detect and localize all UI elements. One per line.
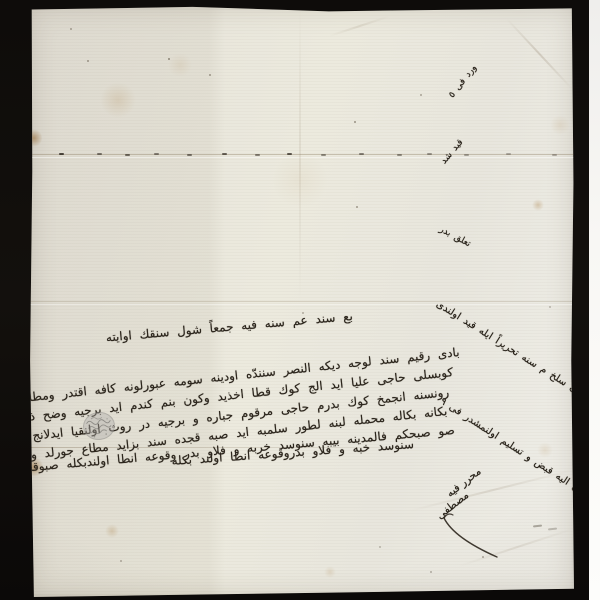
manuscript-line: بع سند عم سنه فيه جمعاً شول سنقك اوايته [106, 309, 354, 345]
margin-note: قيد شد [439, 138, 465, 167]
margin-note: ورد فى ٥ [447, 63, 479, 100]
stain [168, 53, 192, 77]
stain [26, 129, 42, 147]
wrinkle-crease [329, 16, 389, 37]
stain [532, 199, 544, 211]
wrinkle-crease [506, 18, 572, 89]
fold-line-middle [29, 301, 574, 305]
fold-ink-dashes [59, 153, 64, 155]
manuscript-paper: بع سند عم سنه فيه جمعاً شول سنقك اوايته … [29, 6, 574, 597]
ink-specks [168, 58, 170, 60]
seal-stamp [77, 405, 122, 446]
stain [550, 115, 570, 135]
stain [100, 82, 136, 118]
pencil-dash [548, 528, 557, 530]
fold-line-top [29, 154, 574, 158]
stain [105, 524, 119, 538]
photo-backdrop: بع سند عم سنه فيه جمعاً شول سنقك اوايته … [0, 0, 600, 600]
stain [324, 566, 336, 578]
pencil-dash [533, 525, 542, 527]
stain [537, 442, 553, 458]
margin-note: تعلق بدر [438, 225, 473, 250]
scan-edge-strip [589, 0, 600, 600]
signature-flourish [434, 506, 534, 566]
stain [272, 152, 328, 208]
